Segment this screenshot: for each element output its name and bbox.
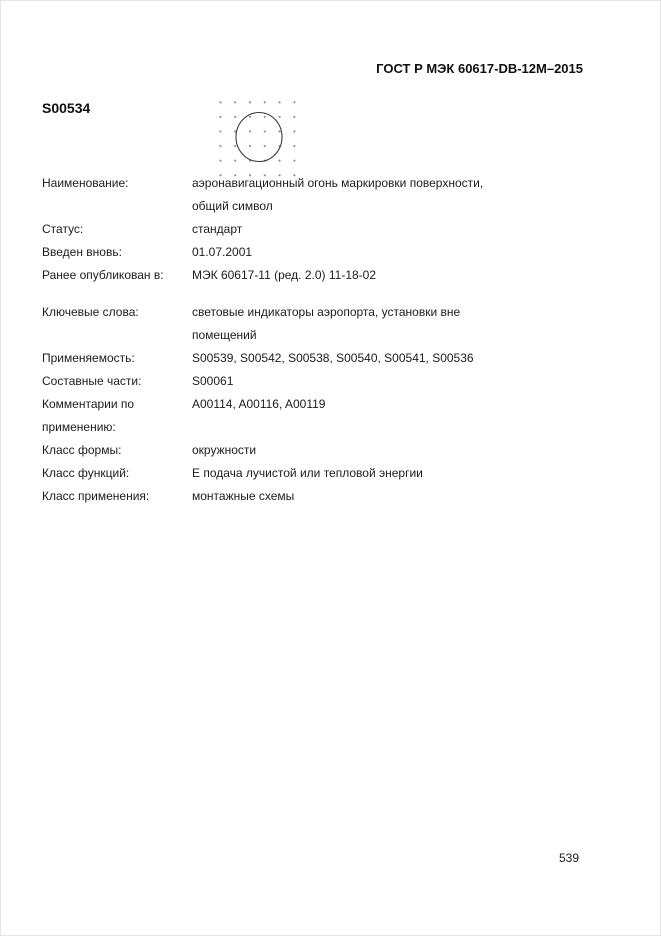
- field-label: Составные части:: [42, 370, 192, 393]
- field-row-previously-published: Ранее опубликован в: МЭК 60617-11 (ред. …: [42, 264, 562, 287]
- symbol-id: S00534: [42, 100, 90, 116]
- attribute-table: Наименование: аэронавигационный огонь ма…: [42, 172, 562, 508]
- field-value: Е подача лучистой или тепловой энергии: [192, 462, 423, 485]
- field-label: Класс формы:: [42, 439, 192, 462]
- field-row-application-class: Класс применения: монтажные схемы: [42, 485, 562, 508]
- field-row-applicability: Применяемость: S00539, S00542, S00538, S…: [42, 347, 562, 370]
- field-value: МЭК 60617-11 (ред. 2.0) 11-18-02: [192, 264, 376, 287]
- field-label: Введен вновь:: [42, 241, 192, 264]
- standard-designation: ГОСТ Р МЭК 60617-DB-12M–2015: [376, 61, 583, 76]
- field-value: стандарт: [192, 218, 242, 241]
- field-row-keywords: Ключевые слова: световые индикаторы аэро…: [42, 301, 562, 347]
- field-row-function-class: Класс функций: Е подача лучистой или теп…: [42, 462, 562, 485]
- field-value: аэронавигационный огонь маркировки повер…: [192, 172, 483, 218]
- field-row-status: Статус: стандарт: [42, 218, 562, 241]
- field-row-shape-class: Класс формы: окружности: [42, 439, 562, 462]
- field-row-application-comments: Комментарии по применению: A00114, A0011…: [42, 393, 562, 439]
- field-value: A00114, A00116, A00119: [192, 393, 325, 416]
- field-row-name: Наименование: аэронавигационный огонь ма…: [42, 172, 562, 218]
- field-value: монтажные схемы: [192, 485, 294, 508]
- page-number: 539: [559, 851, 579, 865]
- symbol-graphic-area: [213, 95, 303, 181]
- circle-symbol-icon: [213, 95, 303, 181]
- field-value: 01.07.2001: [192, 241, 252, 264]
- field-label: Ранее опубликован в:: [42, 264, 192, 287]
- field-label: Комментарии по применению:: [42, 393, 192, 439]
- field-value: S00061: [192, 370, 233, 393]
- field-value: S00539, S00542, S00538, S00540, S00541, …: [192, 347, 474, 370]
- gost-standard-document-page: { "page": { "header": "ГОСТ Р МЭК 60617-…: [0, 0, 661, 936]
- field-label: Наименование:: [42, 172, 192, 195]
- field-label: Ключевые слова:: [42, 301, 192, 324]
- field-row-components: Составные части: S00061: [42, 370, 562, 393]
- field-label: Класс применения:: [42, 485, 192, 508]
- field-label: Класс функций:: [42, 462, 192, 485]
- field-value: световые индикаторы аэропорта, установки…: [192, 301, 460, 347]
- field-label: Статус:: [42, 218, 192, 241]
- field-label: Применяемость:: [42, 347, 192, 370]
- field-value: окружности: [192, 439, 256, 462]
- field-row-introduced: Введен вновь: 01.07.2001: [42, 241, 562, 264]
